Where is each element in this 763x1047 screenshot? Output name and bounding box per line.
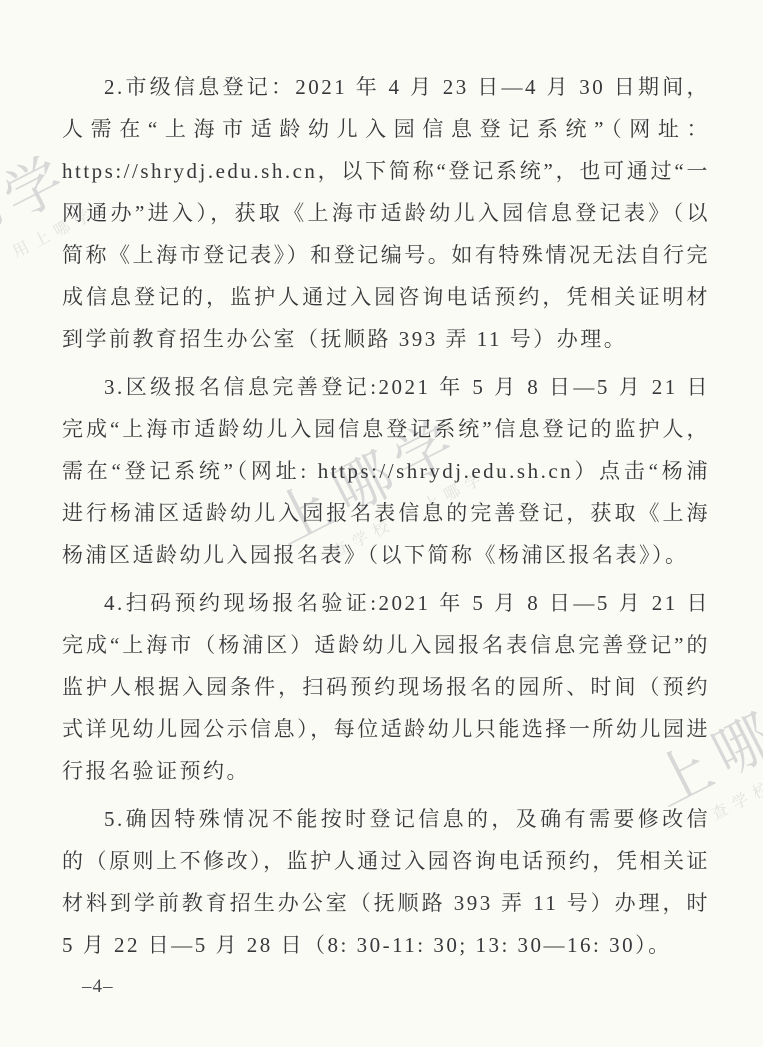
paragraph-item-4-onsite-verification-appointment: 4.扫码预约现场报名验证:2021 年 5 月 8 日—5 月 21 日期间， … [62,582,710,792]
document-line: 2.市级信息登记：2021 年 4 月 23 日—4 月 30 日期间，监护 [62,66,710,108]
document-line: 完成“上海市（杨浦区）适龄幼儿入园报名表信息完善登记”的 [62,624,710,666]
document-line: 的（原则上不修改），监护人通过入园咨询电话预约，凭相关证明 [62,840,710,882]
page-number: –4– [82,976,114,998]
document-line: 4.扫码预约现场报名验证:2021 年 5 月 8 日—5 月 21 日期间， [62,582,710,624]
document-line: 需在“登记系统”（网址: https://shrydj.edu.sh.cn）点击… [62,450,710,492]
document-line: https://shrydj.edu.sh.cn，以下简称“登记系统”，也可通过… [62,150,710,192]
document-line: 5 月 22 日—5 月 28 日（8: 30-11: 30; 13: 30—1… [62,924,710,966]
document-line: 网通办”进入），获取《上海市适龄幼儿入园信息登记表》（以下 [62,192,710,234]
document-line: 式详见幼儿园公示信息），每位适龄幼儿只能选择一所幼儿园进 [62,708,710,750]
document-line: 材料到学前教育招生办公室（抚顺路 393 弄 11 号）办理，时间是 [62,882,710,924]
paragraph-item-5-special-cases: 5.确因特殊情况不能按时登记信息的，及确有需要修改信息 的（原则上不修改），监护… [62,798,710,966]
document-line: 到学前教育招生办公室（抚顺路 393 弄 11 号）办理。 [62,318,710,360]
document-line: 杨浦区适龄幼儿入园报名表》（以下简称《杨浦区报名表》）。 [62,534,710,576]
document-line: 简称《上海市登记表》）和登记编号。如有特殊情况无法自行完 [62,234,710,276]
document-line: 成信息登记的，监护人通过入园咨询电话预约，凭相关证明材料 [62,276,710,318]
document-line: 行报名验证预约。 [62,750,710,792]
document-line: 进行杨浦区适龄幼儿入园报名表信息的完善登记，获取《上海市 [62,492,710,534]
document-line: 5.确因特殊情况不能按时登记信息的，及确有需要修改信息 [62,798,710,840]
paragraph-item-2-municipal-registration: 2.市级信息登记：2021 年 4 月 23 日—4 月 30 日期间，监护 人… [62,66,710,360]
document-line: 监护人根据入园条件，扫码预约现场报名的园所、时间（预约方 [62,666,710,708]
document-line: 3.区级报名信息完善登记:2021 年 5 月 8 日—5 月 21 日期间， [62,366,710,408]
document-line: 人需在“上海市适龄幼儿入园信息登记系统”（网址： [62,108,710,150]
document-body: 2.市级信息登记：2021 年 4 月 23 日—4 月 30 日期间，监护 人… [62,66,710,966]
scanned-document-page: 上哪学 查学校 用上哪学 上哪学 查学校 用上哪学 上哪学 查学校 用上哪学 2… [0,0,763,1047]
document-line: 完成“上海市适龄幼儿入园信息登记系统”信息登记的监护人， [62,408,710,450]
paragraph-item-3-district-registration: 3.区级报名信息完善登记:2021 年 5 月 8 日—5 月 21 日期间， … [62,366,710,576]
watermark-tagline-text: 查学校 用上哪学 [710,731,763,823]
